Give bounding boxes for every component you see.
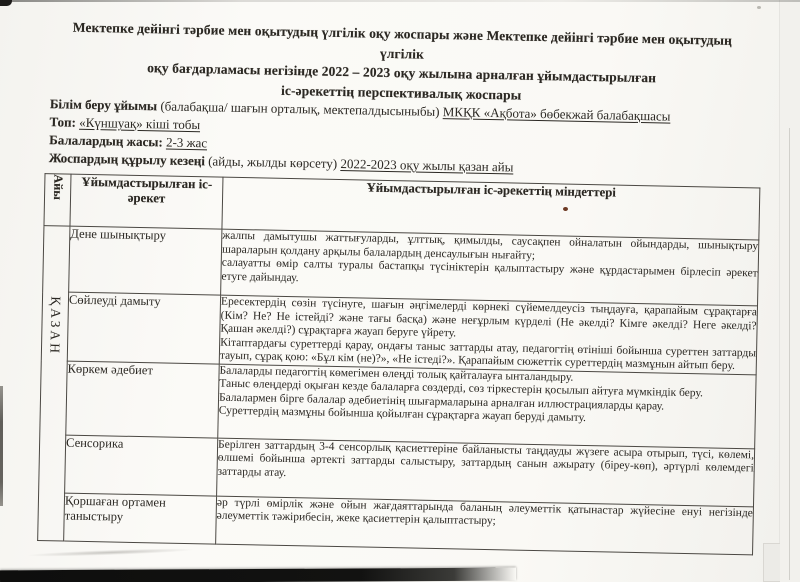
meta-organization-value: МКҚК «Ақбота» бөбекжай балабақшасы [443, 104, 671, 124]
activity-cell: Көркем әдебиет [66, 361, 219, 438]
tasks-cell: Балаларды педагогтің көмегімен өлеңді то… [218, 364, 756, 449]
tasks-cell: жалпы дамытушы жаттығуларды, ұлттық, қим… [221, 229, 759, 306]
activity-cell: Дене шынықтыру [69, 226, 222, 295]
meta-group-value: «Күншуақ» кіші тобы [79, 115, 200, 132]
meta-period-value: 2022-2023 оқу жылы қазан айы [340, 156, 513, 174]
meta-period-note: (айды, жылды көрсету) [205, 153, 341, 171]
header-month-label: Айы [50, 174, 66, 200]
document-header: Мектепке дейінгі тәрбие мен оқытудың үлг… [0, 0, 800, 182]
scanned-document-page: { "document": { "title_lines": [ "Мектеп… [0, 0, 800, 582]
tasks-cell: Берілген заттардың 3-4 сенсорлық қасиетт… [217, 438, 755, 507]
table-row-fiction-literature: Көркем әдебиет Балаларды педагогтің көме… [40, 360, 756, 448]
meta-period-label: Жоспардың құрылу кезеңі [49, 150, 205, 168]
month-name: ҚАЗАН [46, 296, 63, 356]
tasks-cell: әр түрлі өмірлік және ойын жағдаяттарынд… [216, 496, 754, 555]
meta-organization-label: Білім беру ұйымы [50, 96, 158, 113]
task-paragraph: Берілген заттардың 3-4 сенсорлық қасиетт… [217, 438, 754, 489]
header-activity-column: Ұйымдастырылған іс-әрекет [70, 174, 223, 229]
meta-age-label: Балалардың жасы: [49, 132, 163, 149]
plan-table: Айы Ұйымдастырылған іс-әрекет Ұйымдастыр… [37, 173, 760, 555]
activity-cell: Қоршаған ортамен таныстыру [64, 493, 217, 544]
meta-age-value: 2-3 жас [166, 135, 207, 151]
header-month-column: Айы [44, 174, 71, 227]
document-content: Мектепке дейінгі тәрбие мен оқытудың үлг… [0, 0, 800, 556]
activity-cell: Сөйлеуді дамыту [67, 292, 220, 364]
meta-group-label: Топ: [49, 114, 76, 130]
activity-cell: Сенсорика [65, 435, 218, 496]
tasks-cell: Ересектердің сөзін түсінуге, шағын әңгім… [219, 295, 757, 374]
